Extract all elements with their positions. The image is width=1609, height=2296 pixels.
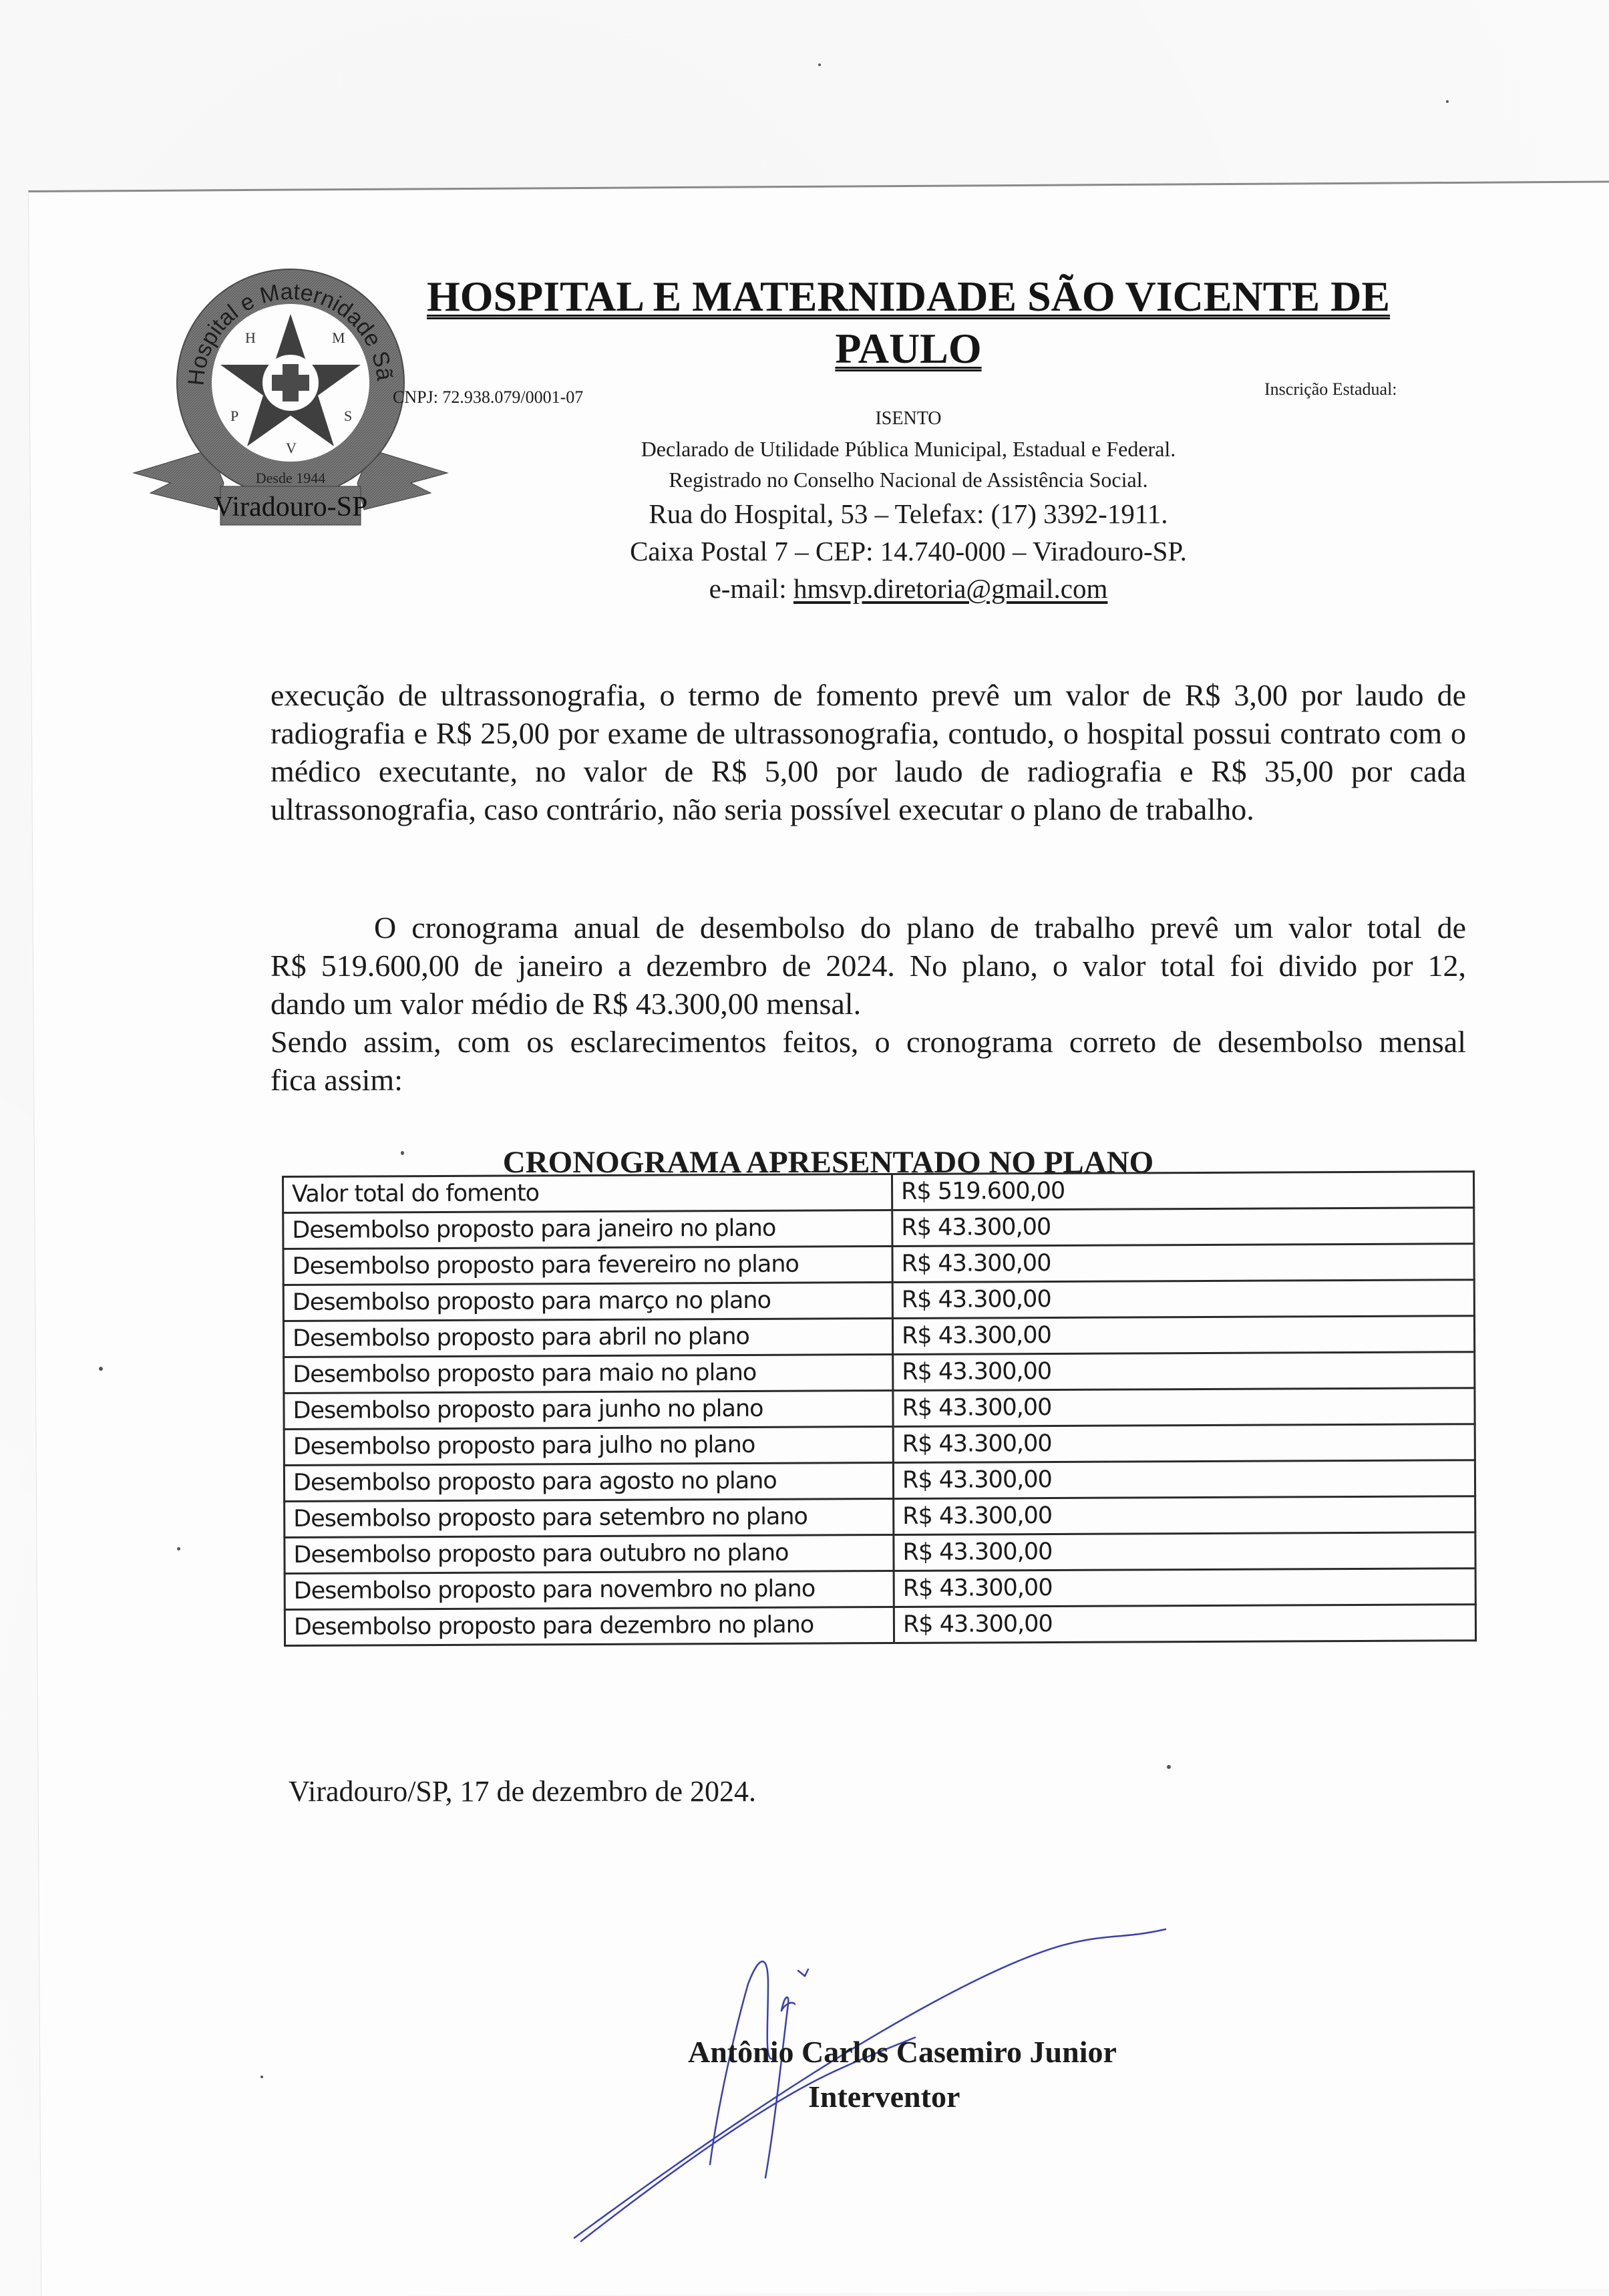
table-row: Desembolso proposto para abril no planoR… <box>283 1316 1474 1357</box>
body-paragraph-2: O cronograma anual de desembolso do plan… <box>271 909 1466 1099</box>
row-value: R$ 43.300,00 <box>892 1244 1474 1283</box>
email-line: e-mail: hmsvp.diretoria@gmail.com <box>521 570 1296 607</box>
row-label: Desembolso proposto para novembro no pla… <box>285 1571 894 1610</box>
title-line-1: HOSPITAL E MATERNIDADE SÃO VICENTE DE <box>394 271 1423 323</box>
table-row: Desembolso proposto para março no planoR… <box>283 1280 1474 1321</box>
row-label: Desembolso proposto para abril no plano <box>283 1319 892 1357</box>
logo-since-text: Desde 1944 <box>256 470 325 486</box>
logo-banner-text: Viradouro-SP <box>214 492 368 522</box>
hospital-name-title: HOSPITAL E MATERNIDADE SÃO VICENTE DE PA… <box>394 271 1423 375</box>
isento-label: ISENTO <box>521 404 1296 434</box>
paragraph-2-line: fica assim: <box>271 1061 1466 1099</box>
row-value: R$ 43.300,00 <box>894 1532 1475 1571</box>
logo-letter-s: S <box>344 407 352 424</box>
paragraph-2-line: O cronograma anual de desembolso do plan… <box>271 909 1466 947</box>
row-label: Desembolso proposto para janeiro no plan… <box>283 1210 892 1249</box>
paragraph-2-line: dando um valor médio de R$ 43.300,00 men… <box>271 985 1466 1023</box>
row-label: Desembolso proposto para setembro no pla… <box>285 1499 894 1538</box>
row-value: R$ 43.300,00 <box>893 1424 1475 1463</box>
row-label: Desembolso proposto para agosto no plano <box>284 1463 893 1502</box>
table-row: Valor total do fomentoR$ 519.600,00 <box>283 1172 1474 1213</box>
inscricao-estadual: Inscrição Estadual: <box>1264 379 1397 399</box>
scan-speck <box>260 2076 263 2078</box>
row-label: Desembolso proposto para outubro no plan… <box>285 1535 894 1574</box>
paragraph-2-line: Sendo assim, com os esclarecimentos feit… <box>271 1023 1466 1061</box>
scan-speck <box>1167 1765 1171 1769</box>
body-paragraph-1: execução de ultrassonografia, o termo de… <box>271 676 1466 828</box>
row-label: Valor total do fomento <box>283 1174 892 1213</box>
scan-speck <box>1446 100 1449 103</box>
letterhead-contact-block: ISENTO Declarado de Utilidade Pública Mu… <box>521 404 1296 607</box>
row-value: R$ 43.300,00 <box>894 1496 1475 1535</box>
table-row: Desembolso proposto para outubro no plan… <box>285 1532 1475 1574</box>
table-row: Desembolso proposto para agosto no plano… <box>284 1460 1475 1502</box>
table-row: Desembolso proposto para maio no planoR$… <box>284 1352 1475 1393</box>
logo-letter-m: M <box>332 329 345 346</box>
row-value: R$ 43.300,00 <box>893 1352 1475 1391</box>
row-label: Desembolso proposto para março no plano <box>283 1283 892 1321</box>
table-row: Desembolso proposto para julho no planoR… <box>284 1424 1475 1466</box>
row-value: R$ 43.300,00 <box>893 1460 1475 1499</box>
row-value: R$ 43.300,00 <box>892 1280 1474 1319</box>
row-label: Desembolso proposto para fevereiro no pl… <box>283 1247 892 1285</box>
row-value: R$ 43.300,00 <box>894 1605 1475 1643</box>
row-label: Desembolso proposto para dezembro no pla… <box>285 1607 894 1646</box>
postal-line: Caixa Postal 7 – CEP: 14.740-000 – Virad… <box>521 532 1296 570</box>
address-line: Rua do Hospital, 53 – Telefax: (17) 3392… <box>521 495 1296 532</box>
table-row: Desembolso proposto para junho no planoR… <box>284 1388 1475 1430</box>
scan-speck <box>99 1367 103 1371</box>
table-row: Desembolso proposto para setembro no pla… <box>285 1496 1475 1538</box>
row-label: Desembolso proposto para maio no plano <box>284 1355 893 1393</box>
table-row: Desembolso proposto para dezembro no pla… <box>285 1605 1475 1646</box>
paragraph-2-line: R$ 519.600,00 de janeiro a dezembro de 2… <box>271 947 1466 985</box>
table-row: Desembolso proposto para novembro no pla… <box>285 1569 1475 1610</box>
logo-letter-h: H <box>245 329 256 346</box>
row-label: Desembolso proposto para julho no plano <box>284 1427 893 1466</box>
table-row: Desembolso proposto para janeiro no plan… <box>283 1208 1474 1249</box>
row-value: R$ 43.300,00 <box>892 1208 1474 1247</box>
row-label: Desembolso proposto para junho no plano <box>284 1391 893 1430</box>
row-value: R$ 43.300,00 <box>892 1316 1474 1355</box>
row-value: R$ 519.600,00 <box>892 1172 1473 1210</box>
public-utility-declaration: Declarado de Utilidade Pública Municipal… <box>521 434 1296 464</box>
scan-speck <box>818 63 821 66</box>
email-link[interactable]: hmsvp.diretoria@gmail.com <box>793 573 1107 604</box>
table-row: Desembolso proposto para fevereiro no pl… <box>283 1244 1474 1285</box>
logo-letter-p: P <box>230 407 238 424</box>
cnas-registration: Registrado no Conselho Nacional de Assis… <box>521 464 1296 495</box>
signatory-name: Antônio Carlos Casemiro Junior <box>688 2034 1117 2070</box>
row-value: R$ 43.300,00 <box>893 1388 1475 1427</box>
signatory-role: Interventor <box>808 2079 960 2114</box>
email-label: e-mail: <box>709 573 793 604</box>
logo-letter-v: V <box>286 440 297 456</box>
row-value: R$ 43.300,00 <box>894 1569 1475 1607</box>
disbursement-schedule-table: Valor total do fomentoR$ 519.600,00Desem… <box>282 1170 1477 1647</box>
scan-speck <box>177 1547 180 1550</box>
title-line-2: PAULO <box>394 323 1423 375</box>
place-and-date: Viradouro/SP, 17 de dezembro de 2024. <box>289 1774 756 1808</box>
